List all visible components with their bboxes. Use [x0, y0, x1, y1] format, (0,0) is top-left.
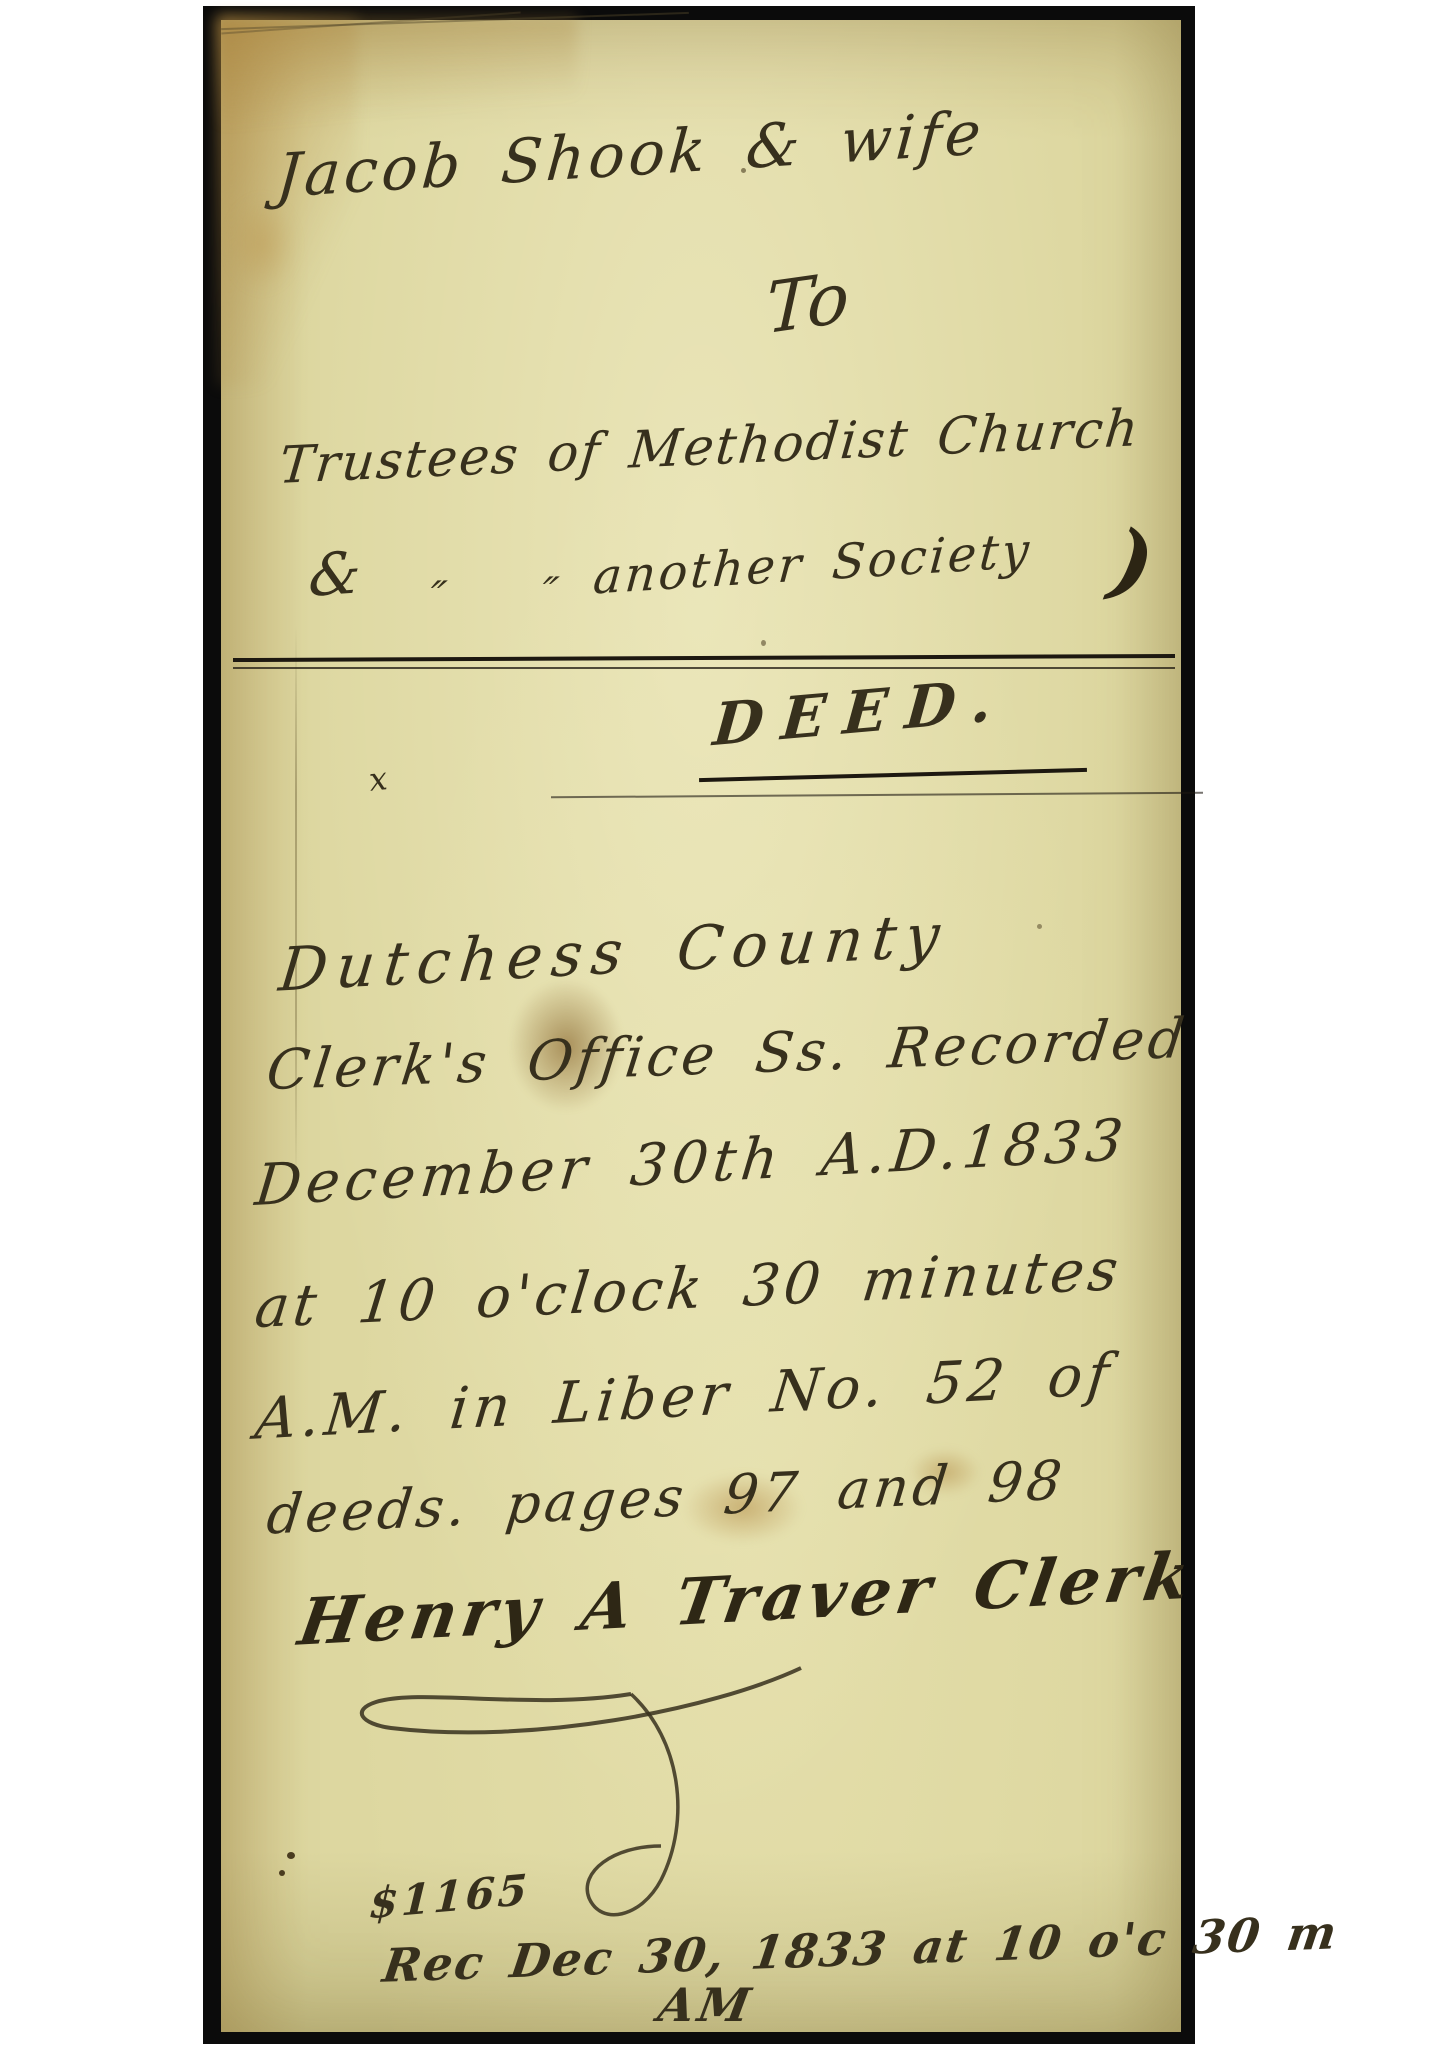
deed-underline-thin [551, 792, 1203, 799]
ditto-mark: ″ [536, 568, 562, 617]
liber-line: A.M. in Liber No. 52 of [252, 1341, 1117, 1452]
grantor-line: Jacob Shook & wife [274, 98, 987, 212]
paper-speck [287, 1852, 295, 1859]
ampersand-mark: & [307, 538, 363, 610]
corner-stain [217, 16, 577, 126]
document-paper: Jacob Shook & wife To Trustees of Method… [221, 20, 1181, 2032]
ditto-mark: ″ [424, 572, 450, 621]
pencil-x-mark: x [367, 759, 389, 799]
header-rule-thin [233, 667, 1175, 669]
another-society-line: another Society [591, 522, 1034, 605]
header-rule [233, 654, 1175, 662]
deed-underline [699, 768, 1087, 782]
clerk-signature: Henry A Traver Clerk [294, 1538, 1200, 1661]
fold-crease [295, 626, 297, 1186]
clerks-office-line: Clerk's Office Ss. Recorded [263, 1006, 1191, 1102]
paper-speck [279, 1870, 285, 1876]
to-connector: To [765, 256, 851, 351]
record-time-line: at 10 o'clock 30 minutes [252, 1237, 1126, 1341]
paper-speck [761, 640, 766, 646]
closing-paren-flourish: ) [1105, 509, 1161, 613]
received-meridiem: AM [654, 1978, 758, 2032]
deed-title: DEED. [711, 665, 1013, 760]
record-date-line: December 30th A.D.1833 [252, 1107, 1131, 1219]
scanned-deed-page: Jacob Shook & wife To Trustees of Method… [0, 0, 1447, 2048]
paper-speck [1037, 924, 1042, 929]
grantee-line: Trustees of Methodist Church [277, 399, 1143, 496]
pages-line: deeds. pages 97 and 98 [264, 1448, 1069, 1546]
county-line: Dutchess County [276, 900, 952, 1006]
